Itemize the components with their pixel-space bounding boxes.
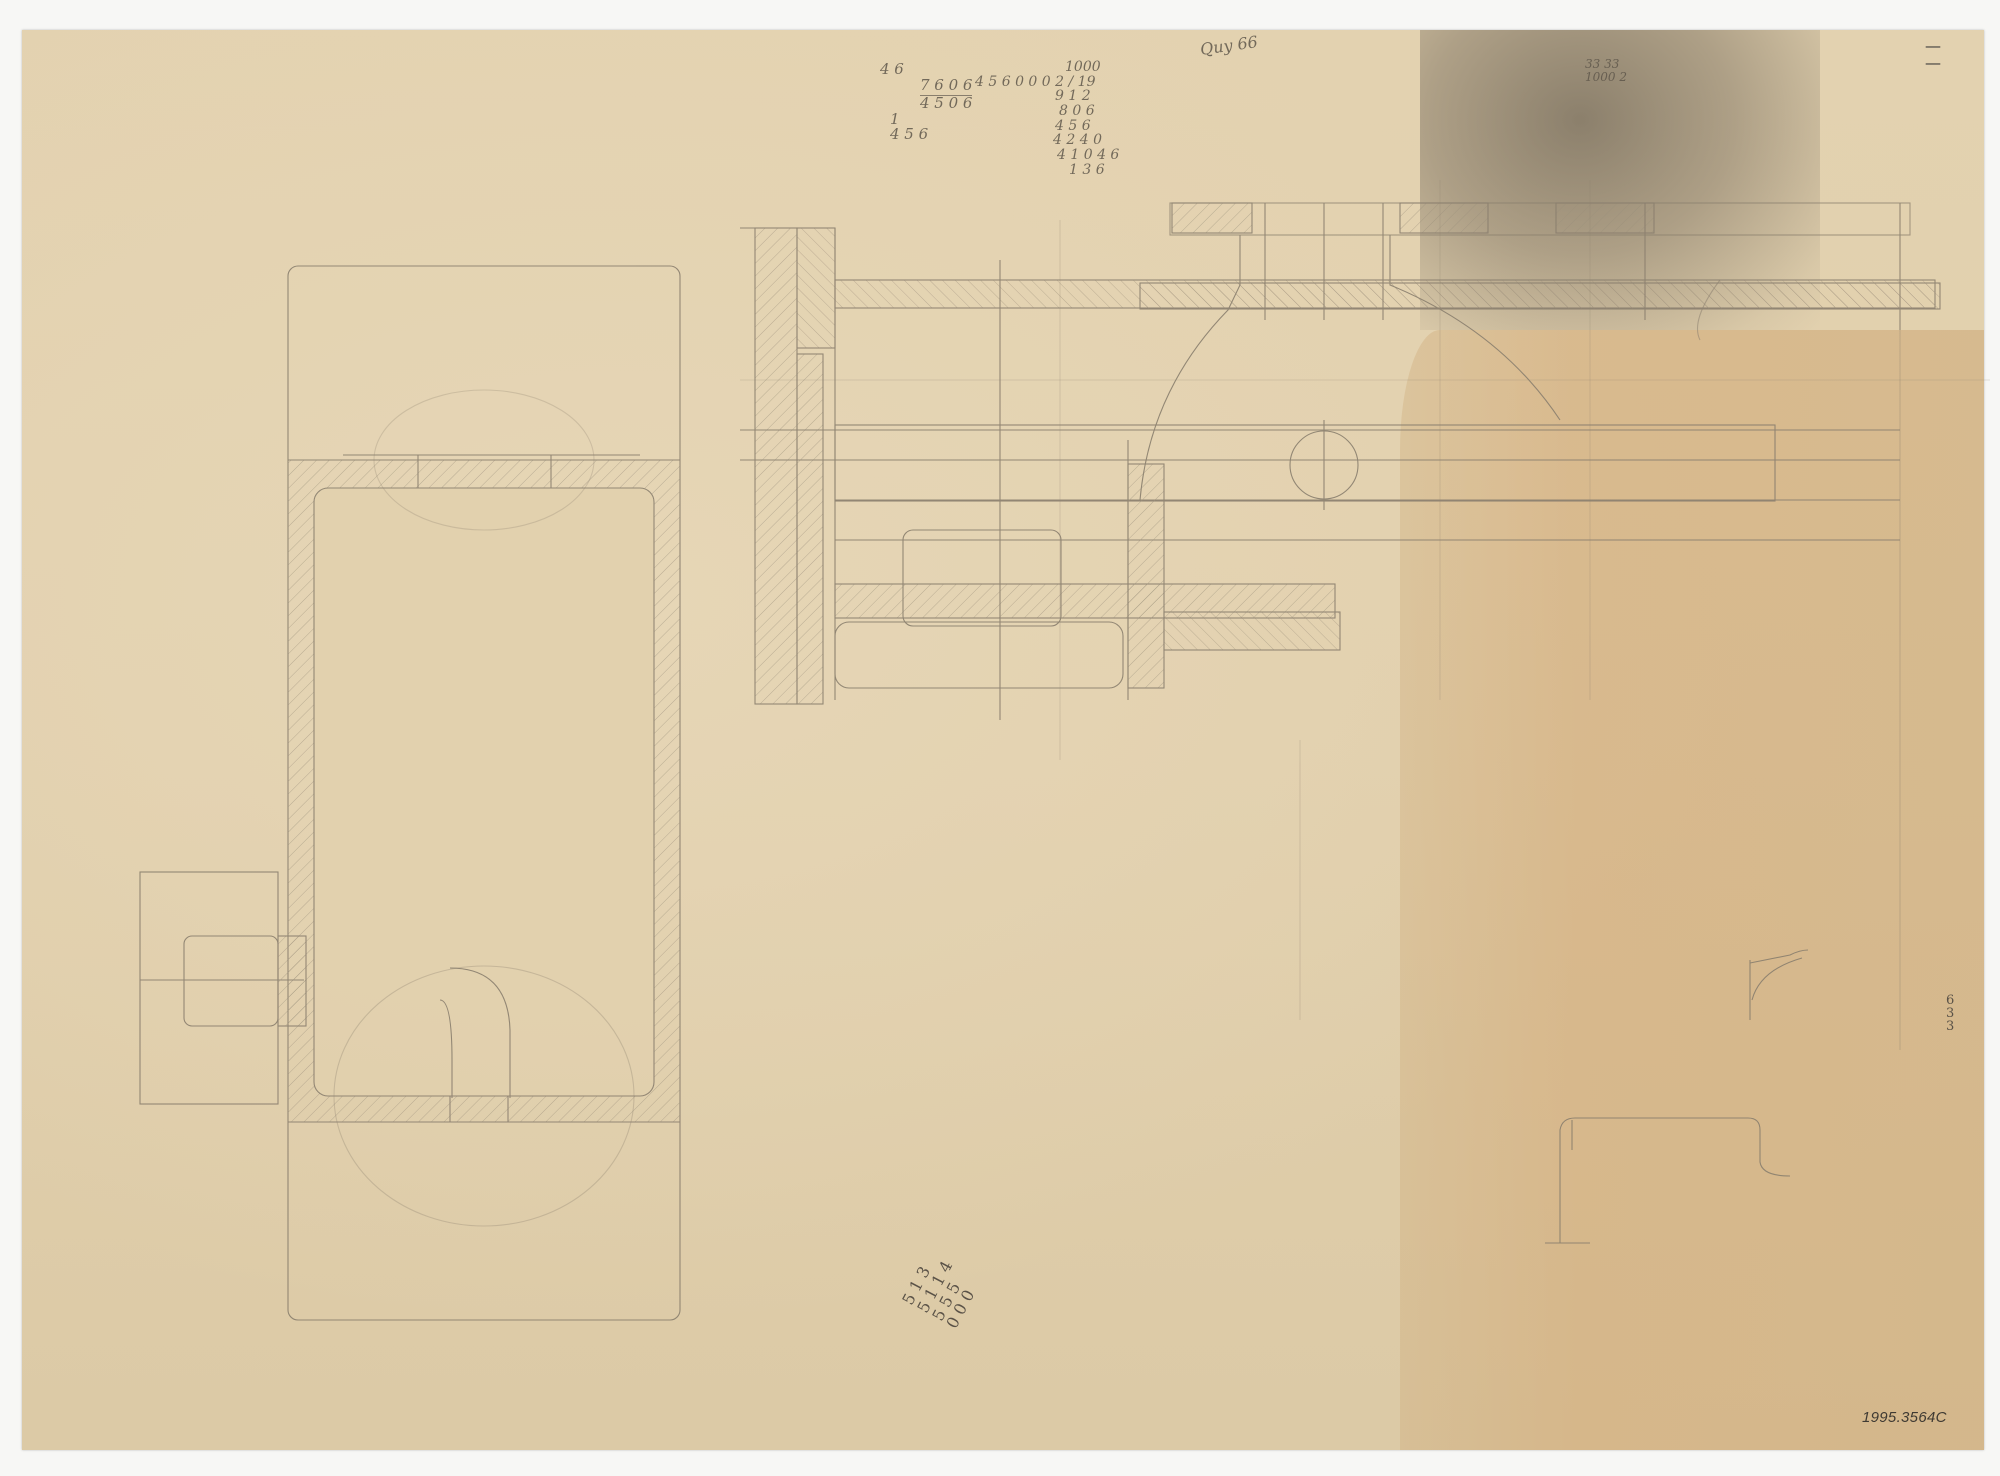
calc-line: 4 5 6 bbox=[1055, 119, 1175, 134]
top-note-right: 33 33 1000 2 bbox=[1585, 58, 1627, 83]
calc-line: 4 5 6 0 0 0 2 / 19 bbox=[975, 75, 1175, 90]
calc-line: 1 3 6 bbox=[1069, 163, 1175, 178]
technical-drawing bbox=[0, 0, 2000, 1476]
note-line: 33 33 bbox=[1585, 58, 1627, 71]
calc-line: 4 1 0 4 6 bbox=[1057, 148, 1175, 163]
accession-number: 1995.3564C bbox=[1862, 1409, 1947, 1426]
detail-bracket bbox=[1750, 950, 1808, 1020]
calc-line: 1000 bbox=[1065, 60, 1175, 75]
top-right-marks: — — bbox=[1925, 38, 1941, 72]
calc-line: 8 0 6 bbox=[1059, 104, 1175, 119]
detail-channel bbox=[1545, 1118, 1790, 1243]
plan-view-left bbox=[140, 266, 680, 1320]
calc-line: 4 2 4 0 bbox=[1053, 133, 1175, 148]
mark: — bbox=[1925, 55, 1941, 72]
right-margin-note: 6 33 bbox=[1946, 994, 1962, 1033]
calc-line: 9 1 2 bbox=[1055, 89, 1175, 104]
calc-line: 4 5 0 6 bbox=[920, 95, 972, 112]
calculations-top-right: 1000 4 5 6 0 0 0 2 / 19 9 1 2 8 0 6 4 5 … bbox=[1035, 60, 1175, 178]
note-line: 1000 2 bbox=[1585, 71, 1627, 84]
